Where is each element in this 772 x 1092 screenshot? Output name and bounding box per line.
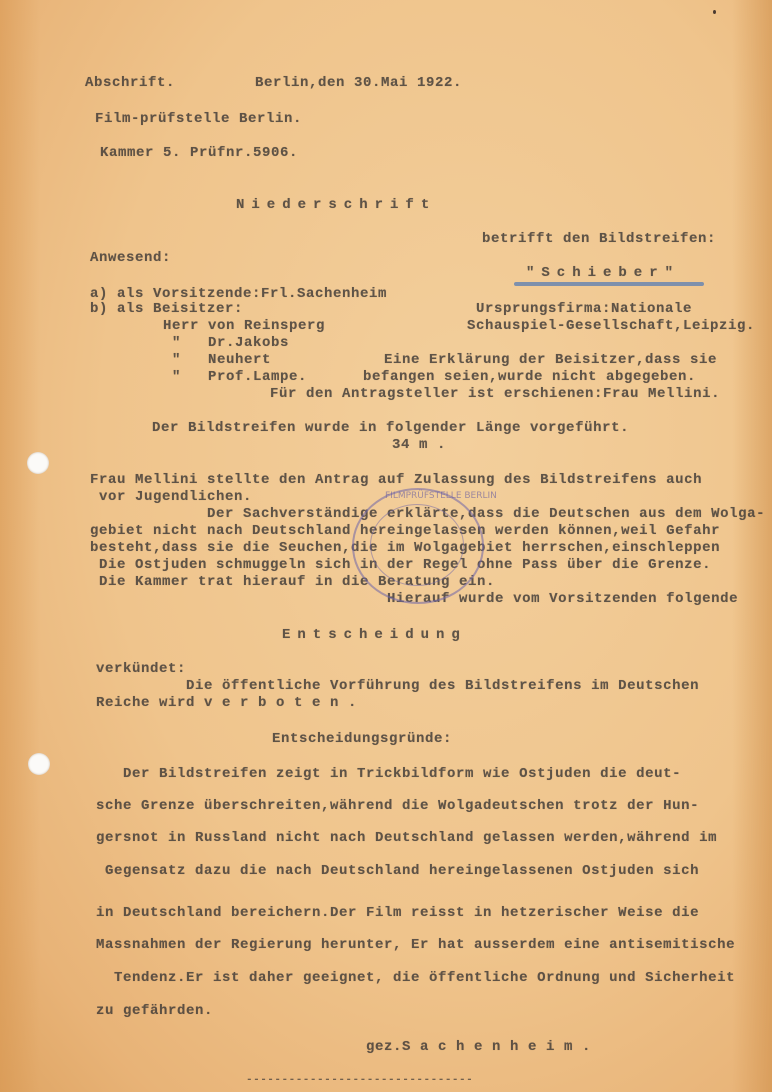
screening-line: Der Bildstreifen wurde in folgender Läng… xyxy=(152,420,629,436)
paper-edge-left xyxy=(0,0,40,1092)
document-title: Niederschrift xyxy=(236,197,436,213)
chair-person: a) als Vorsitzende:Frl.Sachenheim xyxy=(90,286,387,302)
copy-label: Abschrift. xyxy=(85,75,175,91)
paper-edge-right xyxy=(732,0,772,1092)
assessors-label: b) als Beisitzer: xyxy=(90,301,243,317)
punch-hole-bottom xyxy=(28,753,50,775)
attendance-label: Anwesend: xyxy=(90,250,171,266)
paper-speck xyxy=(713,10,716,14)
assessor-3: " Neuhert xyxy=(172,352,271,368)
closing-rule: -------------------------------- xyxy=(246,1074,473,1086)
grounds-line: zu gefährden. xyxy=(96,1003,213,1019)
grounds-line: Der Bildstreifen zeigt in Trickbildform … xyxy=(96,766,681,782)
screening-length: 34 m . xyxy=(392,437,446,453)
office-name: Film-prüfstelle Berlin. xyxy=(95,111,302,127)
decision-line-1: Die öffentliche Vorführung des Bildstrei… xyxy=(96,678,699,694)
company-line-2: Schauspiel-Gesellschaft,Leipzig. xyxy=(467,318,755,334)
grounds-line: Massnahmen der Regierung herunter, Er ha… xyxy=(96,937,735,953)
proceedings-line: vor Jugendlichen. xyxy=(90,489,252,505)
grounds-line: in Deutschland bereichern.Der Film reiss… xyxy=(96,905,699,921)
company-line-1: Ursprungsfirma:Nationale xyxy=(476,301,692,317)
document-page: Abschrift. Berlin,den 30.Mai 1922. Film-… xyxy=(0,0,772,1092)
place-date: Berlin,den 30.Mai 1922. xyxy=(255,75,462,91)
punch-hole-top xyxy=(27,452,49,474)
assessor-1: Herr von Reinsperg xyxy=(163,318,325,334)
grounds-line: gersnot in Russland nicht nach Deutschla… xyxy=(96,830,717,846)
film-title-underline xyxy=(514,282,704,286)
grounds-line: Gegensatz dazu die nach Deutschland here… xyxy=(96,863,699,879)
decision-line-2: Reiche wird v e r b o t e n . xyxy=(96,695,357,711)
subject-label: betrifft den Bildstreifen: xyxy=(482,231,716,247)
stamp-text: FILMPRÜFSTELLE BERLIN xyxy=(385,491,497,501)
declaration-line-1: Eine Erklärung der Beisitzer,dass sie xyxy=(384,352,717,368)
proceedings-line: Frau Mellini stellte den Antrag auf Zula… xyxy=(90,472,702,488)
signature: gez.S a c h e n h e i m . xyxy=(366,1039,591,1055)
decision-title: Entscheidung xyxy=(282,627,467,643)
assessor-2: " Dr.Jakobs xyxy=(172,335,289,351)
assessor-4: " Prof.Lampe. xyxy=(172,369,307,385)
announced-label: verkündet: xyxy=(96,661,186,677)
film-title: "Schieber" xyxy=(526,265,680,281)
declaration-line-2: befangen seien,wurde nicht abgegeben. xyxy=(363,369,696,385)
grounds-line: Tendenz.Er ist daher geeignet, die öffen… xyxy=(96,970,735,986)
applicant-line: Für den Antragsteller ist erschienen:Fra… xyxy=(270,386,720,402)
official-stamp-inner-ring xyxy=(370,504,464,586)
chamber-number: Kammer 5. Prüfnr.5906. xyxy=(100,145,298,161)
grounds-title: Entscheidungsgründe: xyxy=(272,731,452,747)
grounds-line: sche Grenze überschreiten,während die Wo… xyxy=(96,798,699,814)
